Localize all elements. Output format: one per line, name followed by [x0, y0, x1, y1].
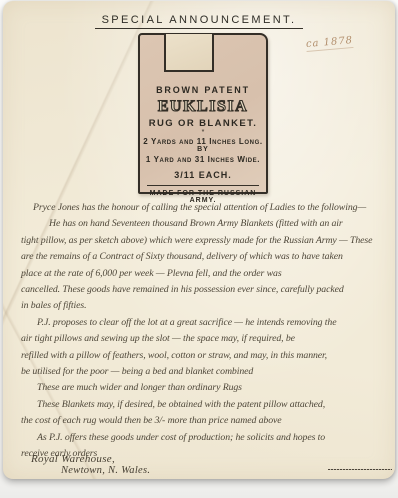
advert-dimension-joiner: BY	[140, 146, 266, 153]
ink-dash-line	[328, 469, 392, 470]
letter-line: tight pillow, as per sketch above) which…	[21, 233, 387, 249]
letter-line: refilled with a pillow of feathers, wool…	[21, 348, 387, 364]
page-header: SPECIAL ANNOUNCEMENT.	[3, 10, 395, 29]
blanket-sketch: BROWN PATENT EUKLISIA RUG OR BLANKET. * …	[138, 33, 268, 194]
letter-line: Pryce Jones has the honour of calling th…	[21, 200, 387, 216]
letter-line: in bales of fifties.	[21, 298, 387, 314]
document-paper: SPECIAL ANNOUNCEMENT. ca 1878 BROWN PATE…	[3, 1, 395, 479]
advert-product-type: RUG OR BLANKET.	[140, 118, 266, 129]
signature-location: Newtown, N. Wales.	[61, 465, 150, 476]
advert-dimension-width: 1 Yard and 31 Inches Wide.	[140, 155, 266, 164]
letter-body: Pryce Jones has the honour of calling th…	[21, 200, 387, 463]
letter-line: These Blankets may, if desired, be obtai…	[21, 397, 387, 413]
letter-line: are the remains of a Contract of Sixty t…	[21, 249, 387, 265]
advert-price: 3/11 EACH.	[140, 170, 266, 180]
letter-line: As P.J. offers these goods under cost of…	[21, 430, 387, 446]
advert-brand-line: BROWN PATENT	[140, 85, 266, 95]
letter-line: These are much wider and longer than ord…	[21, 380, 387, 396]
advert-product-name: EUKLISIA	[140, 98, 266, 116]
advert-separator-star: *	[140, 130, 266, 135]
letter-line: be utilised for the poor — being a bed a…	[21, 364, 387, 380]
letter-line: He has on hand Seventeen thousand Brown …	[21, 216, 387, 232]
signature-warehouse: Royal Warehouse,	[31, 453, 115, 465]
advert-divider-rule	[147, 185, 259, 186]
photo-stage: SPECIAL ANNOUNCEMENT. ca 1878 BROWN PATE…	[0, 0, 398, 498]
letter-line: cancelled. These goods have remained in …	[21, 282, 387, 298]
pencil-date-note: ca 1878	[305, 35, 353, 52]
letter-line: place at the rate of 6,000 per week — Pl…	[21, 266, 387, 282]
blanket-pocket	[164, 34, 214, 72]
advert-dimension-length: 2 Yards and 11 Inches Long.	[140, 137, 266, 146]
announcement-title: SPECIAL ANNOUNCEMENT.	[95, 14, 304, 29]
letter-line: P.J. proposes to clear off the lot at a …	[21, 315, 387, 331]
letter-line: the cost of each rug would then be 3/- m…	[21, 413, 387, 429]
letter-line: air tight pillows and sewing up the slot…	[21, 331, 387, 347]
